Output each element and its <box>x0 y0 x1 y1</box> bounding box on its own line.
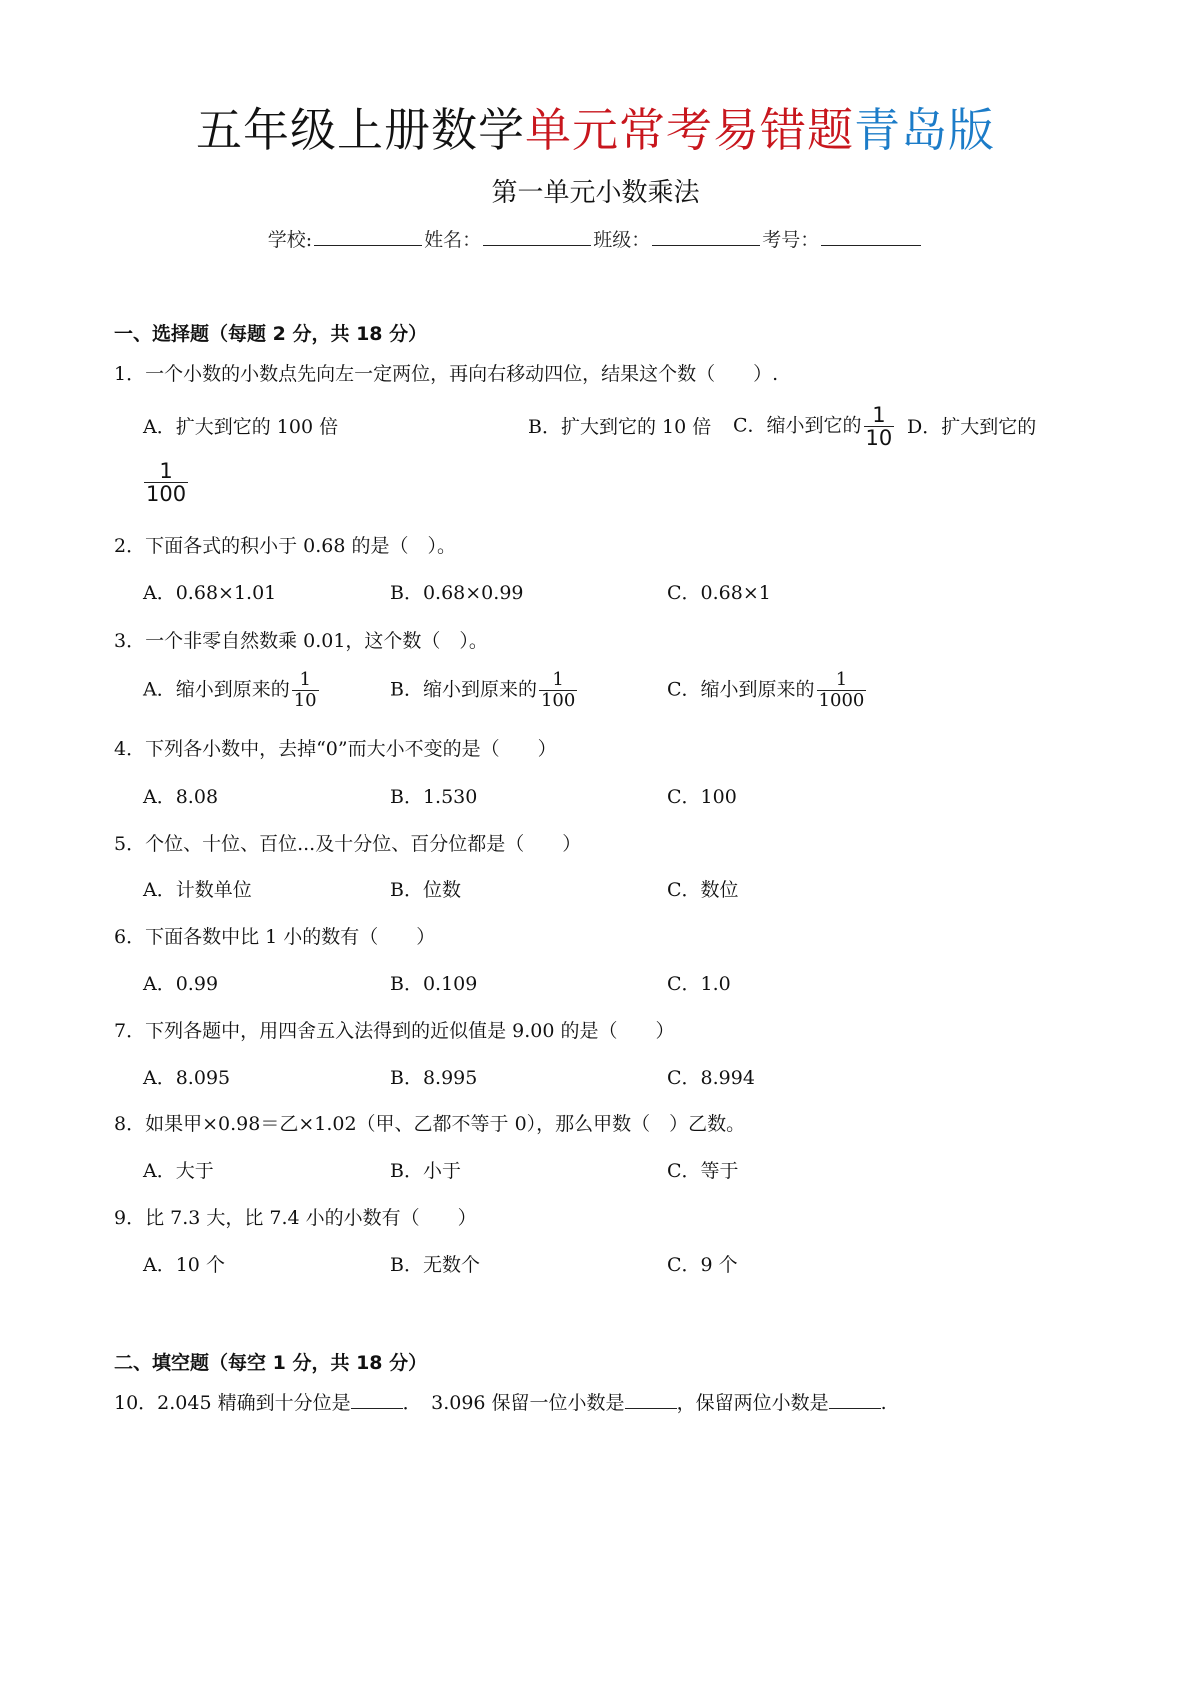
question-8-stem: 8．如果甲×0.98＝乙×1.02（甲、乙都不等于 0），那么甲数（ ）乙数。 <box>114 1110 745 1138</box>
q10-blank-3[interactable] <box>829 1390 881 1409</box>
q5-option-a[interactable]: A．计数单位 <box>143 876 252 904</box>
q10-part-1: 10．2.045 精确到十分位是 <box>114 1392 351 1414</box>
q4-option-a[interactable]: A．8.08 <box>143 783 218 811</box>
q1-option-a[interactable]: A．扩大到它的 100 倍 <box>143 413 338 441</box>
exam-number-field[interactable] <box>821 227 921 246</box>
section-heading-multiple-choice: 一、选择题（每题 2 分，共 18 分） <box>114 320 427 348</box>
title-black-part: 五年级上册数学 <box>196 103 525 157</box>
q2-option-a[interactable]: A．0.68×1.01 <box>143 579 276 607</box>
name-field[interactable] <box>483 227 591 246</box>
q3-option-b-label: B．缩小到原来的 <box>390 679 537 701</box>
q4-option-b[interactable]: B．1.530 <box>390 783 477 811</box>
q6-option-c[interactable]: C．1.0 <box>667 970 731 998</box>
school-field[interactable] <box>314 227 422 246</box>
question-1-stem: 1．一个小数的小数点先向左一定两位，再向右移动四位，结果这个数（ ）. <box>114 360 778 388</box>
q6-option-b[interactable]: B．0.109 <box>390 970 477 998</box>
question-7-stem: 7．下列各题中，用四舍五入法得到的近似值是 9.00 的是（ ） <box>114 1017 674 1045</box>
question-2-stem: 2．下面各式的积小于 0.68 的是（ ）。 <box>114 532 456 560</box>
fraction: 110 <box>292 670 319 711</box>
fraction: 110 <box>864 404 895 449</box>
q1-option-d-label: D．扩大到它的 <box>907 416 1036 438</box>
name-label: 姓名： <box>424 229 481 251</box>
title-red-part: 单元常考易错题 <box>525 103 854 157</box>
question-6-stem: 6．下面各数中比 1 小的数有（ ） <box>114 923 435 951</box>
q10-blank-2[interactable] <box>625 1390 677 1409</box>
page-subtitle: 第一单元小数乘法 <box>0 175 1191 211</box>
q3-option-c[interactable]: C．缩小到原来的11000 <box>667 670 868 711</box>
q2-option-c[interactable]: C．0.68×1 <box>667 579 771 607</box>
fraction: 1100 <box>144 460 188 505</box>
section-heading-fill-in: 二、填空题（每空 1 分，共 18 分） <box>114 1349 427 1377</box>
q9-option-c[interactable]: C．9 个 <box>667 1251 738 1279</box>
q7-option-c[interactable]: C．8.994 <box>667 1064 755 1092</box>
q9-option-b[interactable]: B．无数个 <box>390 1251 480 1279</box>
q7-option-b[interactable]: B．8.995 <box>390 1064 477 1092</box>
q5-option-b[interactable]: B．位数 <box>390 876 461 904</box>
question-4-stem: 4．下列各小数中，去掉“0”而大小不变的是（ ） <box>114 735 557 763</box>
class-field[interactable] <box>652 227 760 246</box>
q2-option-b[interactable]: B．0.68×0.99 <box>390 579 524 607</box>
page-title: 五年级上册数学单元常考易错题青岛版 <box>0 100 1191 160</box>
fraction: 1100 <box>539 670 577 711</box>
q10-part-3: ，保留两位小数是 <box>677 1392 829 1414</box>
question-5-stem: 5．个位、十位、百位...及十分位、百分位都是（ ） <box>114 830 581 858</box>
q10-part-2: ． 3.096 保留一位小数是 <box>403 1392 625 1414</box>
q7-option-a[interactable]: A．8.095 <box>143 1064 230 1092</box>
student-info-line: 学校:姓名：班级：考号： <box>0 226 1191 254</box>
class-label: 班级： <box>593 229 650 251</box>
q1-option-c-label: C．缩小到它的 <box>733 415 862 437</box>
q8-option-c[interactable]: C．等于 <box>667 1157 739 1185</box>
exam-number-label: 考号： <box>762 229 819 251</box>
q3-option-a[interactable]: A．缩小到原来的110 <box>143 670 321 711</box>
q3-option-b[interactable]: B．缩小到原来的1100 <box>390 670 579 711</box>
question-10: 10．2.045 精确到十分位是． 3.096 保留一位小数是，保留两位小数是. <box>114 1389 887 1417</box>
q6-option-a[interactable]: A．0.99 <box>143 970 218 998</box>
question-9-stem: 9．比 7.3 大，比 7.4 小的小数有（ ） <box>114 1204 477 1232</box>
q1-option-d[interactable]: D．扩大到它的 <box>907 413 1036 441</box>
q9-option-a[interactable]: A．10 个 <box>143 1251 225 1279</box>
q1-option-d-fraction: 1100 <box>142 460 190 505</box>
title-blue-part: 青岛版 <box>854 103 995 157</box>
q8-option-a[interactable]: A．大于 <box>143 1157 214 1185</box>
q4-option-c[interactable]: C．100 <box>667 783 737 811</box>
fraction: 11000 <box>817 670 867 711</box>
q1-option-c[interactable]: C．缩小到它的110 <box>733 404 896 449</box>
q1-option-b[interactable]: B．扩大到它的 10 倍 <box>528 413 711 441</box>
q5-option-c[interactable]: C．数位 <box>667 876 739 904</box>
q3-option-a-label: A．缩小到原来的 <box>143 679 290 701</box>
question-3-stem: 3．一个非零自然数乘 0.01，这个数（ ）。 <box>114 627 488 655</box>
school-label: 学校: <box>268 229 312 251</box>
q10-blank-1[interactable] <box>351 1390 403 1409</box>
q3-option-c-label: C．缩小到原来的 <box>667 679 815 701</box>
q10-part-4: . <box>881 1392 887 1414</box>
q8-option-b[interactable]: B．小于 <box>390 1157 461 1185</box>
